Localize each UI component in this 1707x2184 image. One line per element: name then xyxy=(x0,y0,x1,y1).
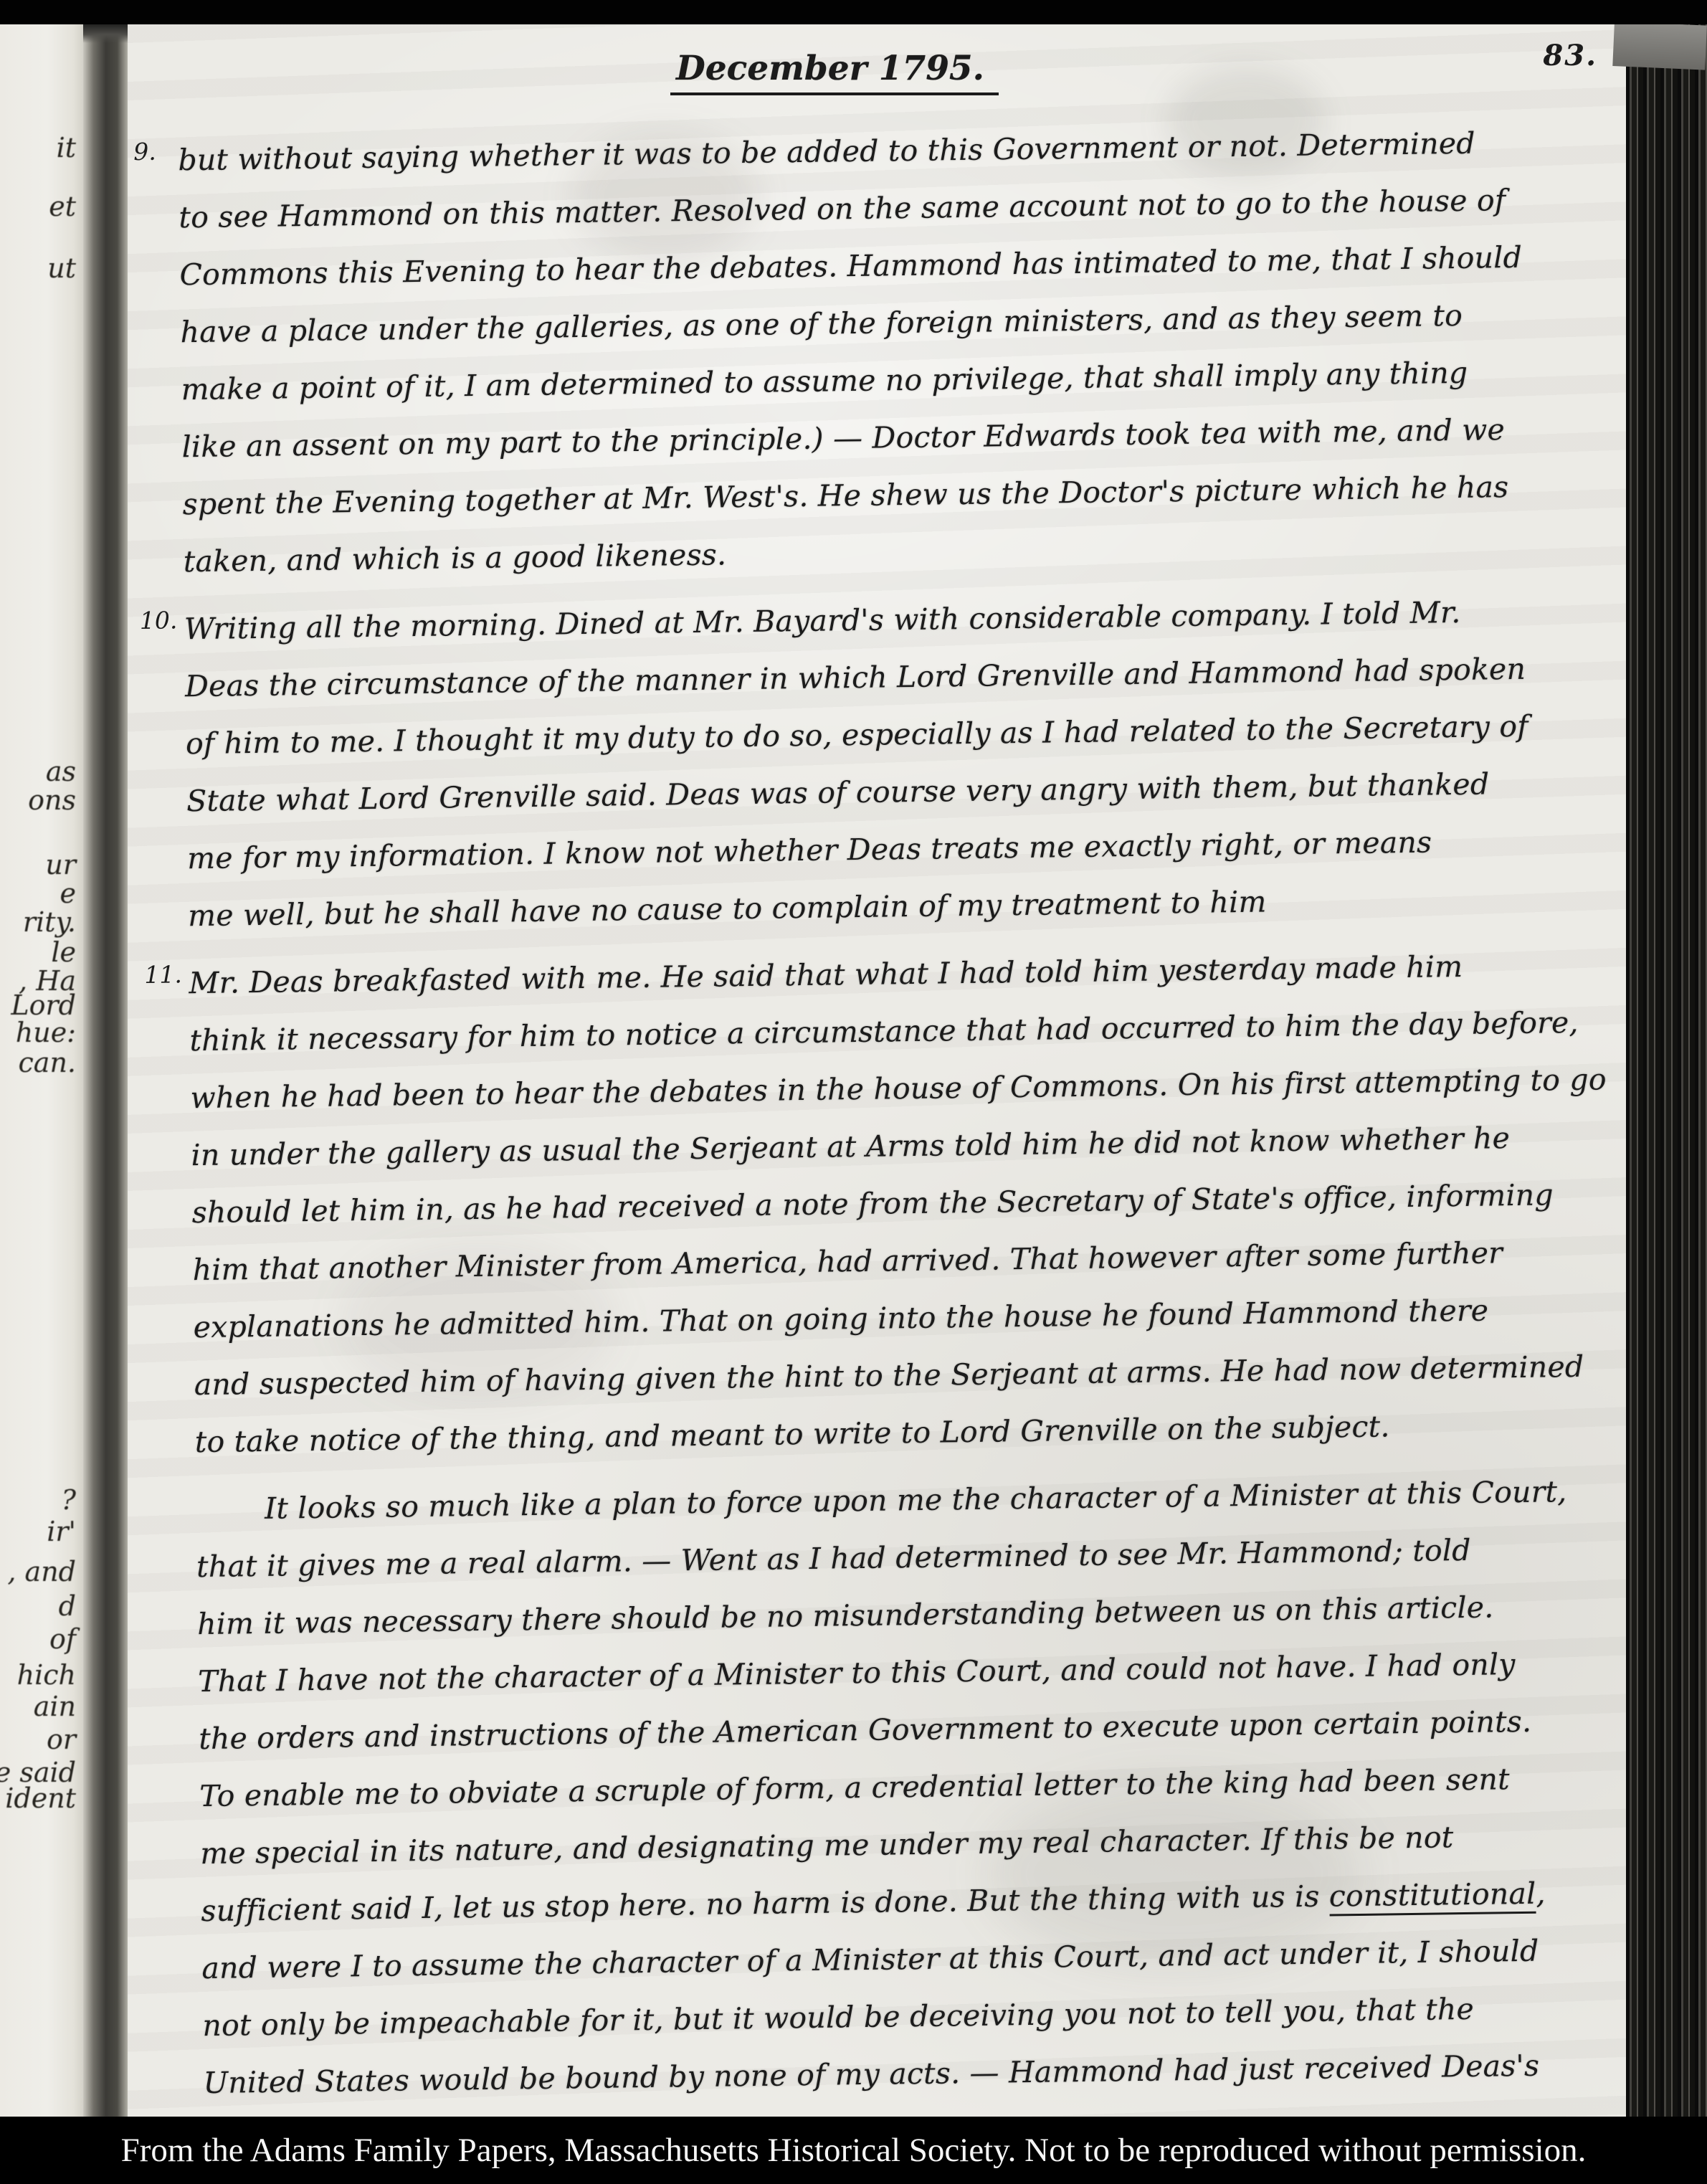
diary-text-block: 9.but without saying whether it was to b… xyxy=(133,113,1612,2112)
facing-page-text-fragment: it xyxy=(57,132,76,163)
facing-page-text-fragment: can. xyxy=(19,1047,77,1078)
facing-page-edge: itetutasonsurerity.le, HaLordhue:can.?ir… xyxy=(0,24,86,2117)
entry-day-number xyxy=(151,1481,204,2112)
entry-body: It looks so much like a plan to force up… xyxy=(196,1462,1612,2112)
facing-page-text-fragment: hue: xyxy=(16,1017,76,1048)
facing-page-text-fragment: , and xyxy=(7,1556,76,1587)
facing-page-text-fragment: le xyxy=(51,936,76,968)
diary-entry: 10.Writing all the morning. Dined at Mr.… xyxy=(139,582,1596,945)
facing-page-text-fragment: ur xyxy=(45,849,76,880)
facing-page-text-fragment: et xyxy=(49,191,76,222)
facing-page-text-fragment: ? xyxy=(62,1484,76,1516)
entry-day-number: 11. xyxy=(144,954,195,1471)
diary-entry: 11.Mr. Deas breakfasted with me. He said… xyxy=(144,936,1603,1471)
facing-page-text-fragment: ident xyxy=(5,1782,76,1814)
diary-entry: 9.but without saying whether it was to b… xyxy=(133,113,1592,591)
facing-page-text-fragment: hich xyxy=(17,1659,76,1691)
facing-page-text-fragment: of xyxy=(49,1623,76,1655)
facing-page-text-fragment: ain xyxy=(34,1691,76,1722)
facing-page-text-fragment: ons xyxy=(28,784,76,816)
page-header: December 1795. xyxy=(128,49,1541,95)
facing-page-text-fragment: d xyxy=(59,1590,76,1622)
binding-corner xyxy=(1612,22,1707,70)
facing-page-text-fragment: e xyxy=(60,878,77,909)
manuscript-scan: itetutasonsurerity.le, HaLordhue:can.?ir… xyxy=(0,0,1707,2184)
scan-top-border xyxy=(0,0,1707,24)
underlined-word: constitutional xyxy=(1329,1876,1536,1917)
caption-bar: From the Adams Family Papers, Massachuse… xyxy=(0,2117,1707,2184)
archive-caption: From the Adams Family Papers, Massachuse… xyxy=(121,2131,1587,2170)
manuscript-page: 83. December 1795. 9.but without saying … xyxy=(128,24,1627,2117)
facing-page-text-fragment: or xyxy=(47,1724,76,1755)
entry-body: Writing all the morning. Dined at Mr. Ba… xyxy=(184,582,1596,945)
diary-entry: It looks so much like a plan to force up… xyxy=(151,1462,1612,2112)
facing-page-text-fragment: ut xyxy=(47,252,76,284)
entry-body: but without saying whether it was to be … xyxy=(178,113,1592,591)
page-number: 83. xyxy=(1543,39,1597,72)
entry-body: Mr. Deas breakfasted with me. He said th… xyxy=(189,936,1612,1471)
facing-page-text-fragment: rity. xyxy=(23,906,76,938)
facing-page-text-fragment: ir' xyxy=(47,1516,76,1547)
month-year-heading: December 1795. xyxy=(670,49,999,95)
book-gutter-shadow xyxy=(83,24,130,2117)
facing-page-text-fragment: as xyxy=(46,756,76,787)
entry-day-number: 9. xyxy=(133,131,184,591)
book-fore-edge xyxy=(1626,22,1707,2117)
entry-day-number: 10. xyxy=(139,600,188,945)
